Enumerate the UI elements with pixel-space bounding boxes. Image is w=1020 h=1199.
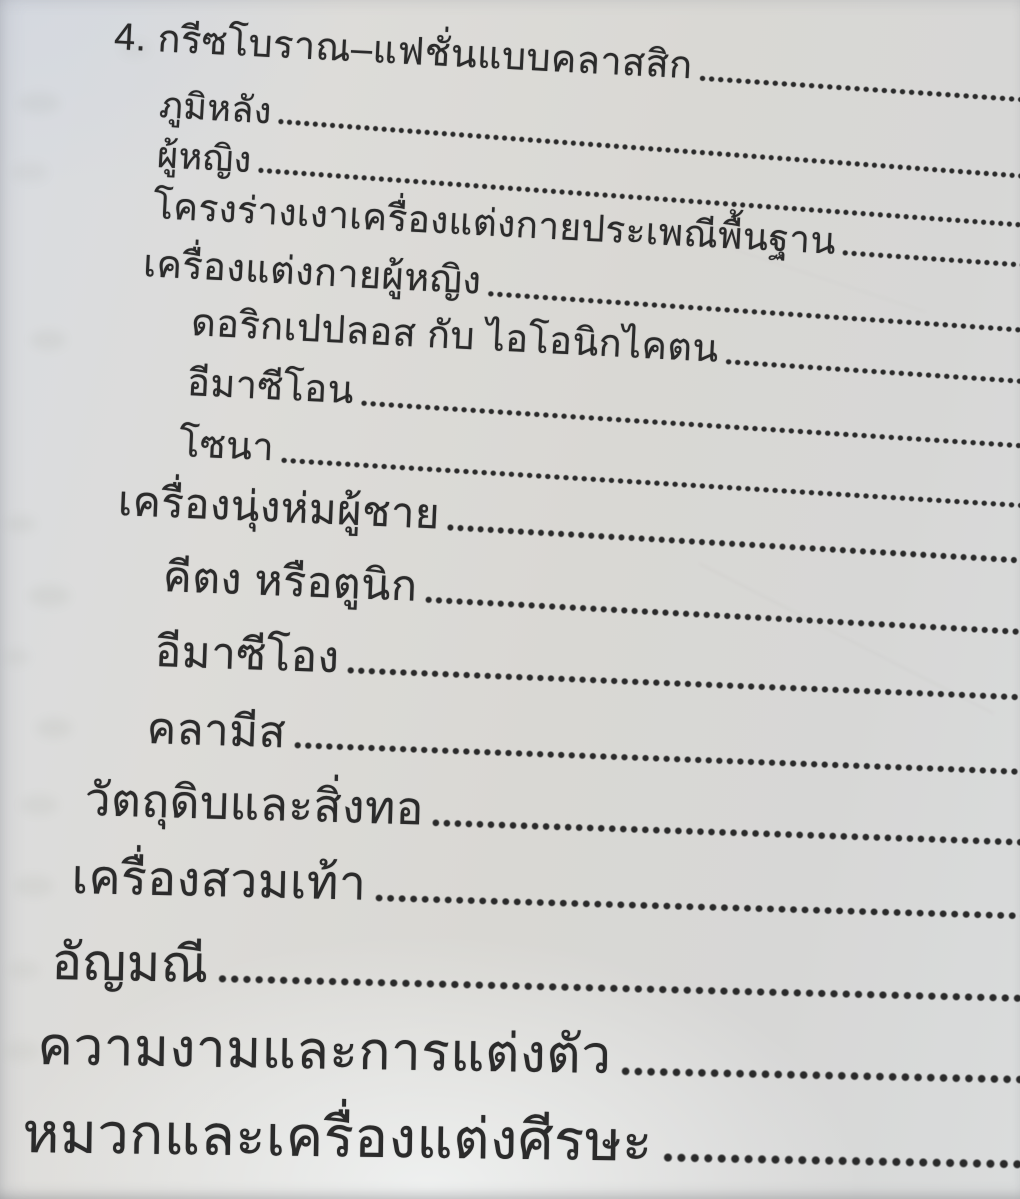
toc-entry-label: วัตถุดิบและสิ่งทอ	[84, 771, 425, 838]
toc-entry: เครื่องสวมเท้า	[71, 848, 1020, 935]
bleed-through-mark	[8, 960, 40, 980]
bleed-through-mark	[12, 162, 48, 182]
toc-entry-label: คีตง หรือตูนิก	[162, 551, 418, 614]
toc-entry: ความงามและการแต่งตัว	[37, 1014, 1020, 1099]
toc-entry: วัตถุดิบและสิ่งทอ	[84, 771, 1020, 862]
bleed-through-mark	[18, 92, 60, 114]
toc-dotted-leader	[430, 815, 1020, 857]
toc-entry-label: คลามีส	[146, 701, 287, 760]
book-page: 4. กรีซโบราณ–แฟชั่นแบบคลาสสิกภูมิหลังผู้…	[0, 0, 1020, 1199]
toc-entry-label: ผู้หญิง	[156, 132, 253, 182]
bleed-through-mark	[4, 1040, 40, 1062]
bleed-through-mark	[30, 330, 66, 350]
toc-entry-label: อีมาซีโอน	[186, 360, 355, 416]
toc-entry-label: อีมาซีโอง	[154, 624, 340, 685]
bleed-through-mark	[14, 875, 54, 897]
toc-dotted-leader	[216, 971, 1020, 1012]
toc-entry-label: 4. กรีซโบราณ–แฟชั่นแบบคลาสสิก	[113, 14, 694, 91]
toc-entry-label: อัญมณี	[51, 930, 209, 997]
bleed-through-mark	[20, 795, 58, 815]
toc-entry-label: โซนา	[178, 421, 275, 473]
bleed-through-mark	[6, 515, 36, 533]
toc-dotted-leader	[373, 891, 1020, 930]
bleed-through-mark	[4, 648, 30, 666]
toc-entry-label: เครื่องนุ่งห่มผู้ชาย	[117, 475, 441, 541]
toc-entry-label: ภูมิหลัง	[158, 82, 273, 133]
toc-entry-label: หมวกและเครื่องแต่งศีรษะ	[22, 1098, 653, 1177]
bleed-through-mark	[28, 585, 70, 607]
toc-entry: หมวกและเครื่องแต่งศีรษะ	[22, 1098, 1020, 1185]
toc-entry-label: ความงามและการแต่งตัว	[37, 1014, 612, 1089]
toc-dotted-leader	[619, 1063, 1020, 1092]
toc-dotted-leader	[661, 1149, 1020, 1177]
toc-dotted-leader	[345, 664, 1020, 718]
bleed-through-mark	[36, 718, 72, 738]
toc-entry-label: เครื่องแต่งกายผู้หญิง	[142, 241, 483, 306]
toc-entry: อัญมณี	[51, 930, 1020, 1017]
toc-entry-label: เครื่องสวมเท้า	[71, 848, 367, 915]
